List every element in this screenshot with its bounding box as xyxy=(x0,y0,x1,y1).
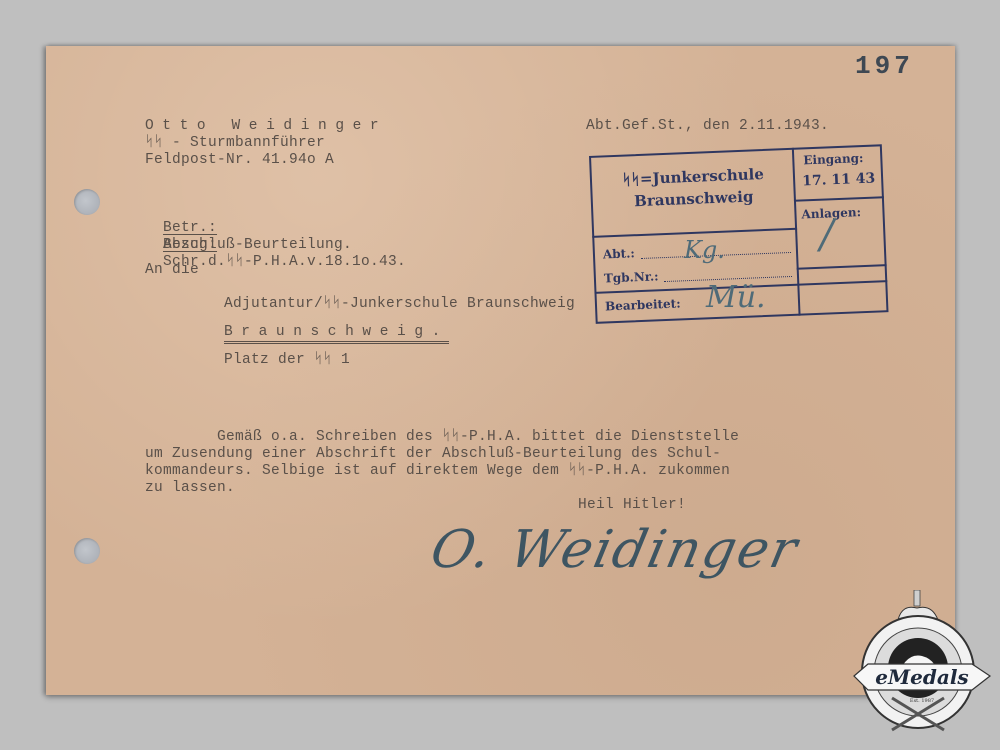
body-line-2: um Zusendung einer Abschrift der Abschlu… xyxy=(145,446,721,463)
body-line-3: kommandeurs. Selbige ist auf direktem We… xyxy=(145,463,730,480)
stamp-abt-handwritten: Kg. xyxy=(684,236,725,264)
svg-text:Est. 1987: Est. 1987 xyxy=(910,698,934,704)
stamp-eingang-date: 17. 11 43 xyxy=(802,171,876,190)
body-line-1: Gemäß o.a. Schreiben des ᛋᛋ-P.H.A. bitte… xyxy=(145,429,739,446)
sender-rank: ᛋᛋ - Sturmbannführer xyxy=(145,135,325,152)
stamp-bearbeitet-handwritten: Mü. xyxy=(706,280,766,315)
svg-text:eMedals: eMedals xyxy=(875,665,968,689)
sender-name: Otto Weidinger xyxy=(145,118,387,135)
punch-hole-top xyxy=(74,189,100,215)
emedals-watermark-logo: eMedals Est. 1987 xyxy=(852,590,992,740)
reference-label: Bezug: xyxy=(163,237,217,253)
stamp-title: ᛋᛋ=Junkerschule Braunschweig xyxy=(598,162,790,214)
recipient-line1: Adjutantur/ᛋᛋ-Junkerschule Braunschweig xyxy=(224,296,575,313)
punch-hole-bottom xyxy=(74,538,100,564)
stamp-anlagen-handwritten: / xyxy=(820,212,833,258)
place-date: Abt.Gef.St., den 2.11.1943. xyxy=(586,118,829,135)
stamp-tgb-label: Tgb.Nr.: xyxy=(604,269,659,285)
closing: Heil Hitler! xyxy=(578,497,686,514)
stamp-eingang-label: Eingang: xyxy=(803,151,864,167)
body-line-4: zu lassen. xyxy=(145,480,235,497)
recipient-street: Platz der ᛋᛋ 1 xyxy=(224,352,350,369)
sender-feldpost: Feldpost-Nr. 41.94o A xyxy=(145,152,334,169)
signature: O. Weidinger xyxy=(426,520,804,580)
recipient-city: Braunschweig. xyxy=(224,324,449,344)
to-label: An die xyxy=(145,262,199,279)
reference: Schr.d.ᛋᛋ-P.H.A.v.18.1o.43. xyxy=(163,254,406,270)
stamp-abt-label: Abt.: xyxy=(603,246,635,261)
page-number: 197 xyxy=(855,58,914,75)
